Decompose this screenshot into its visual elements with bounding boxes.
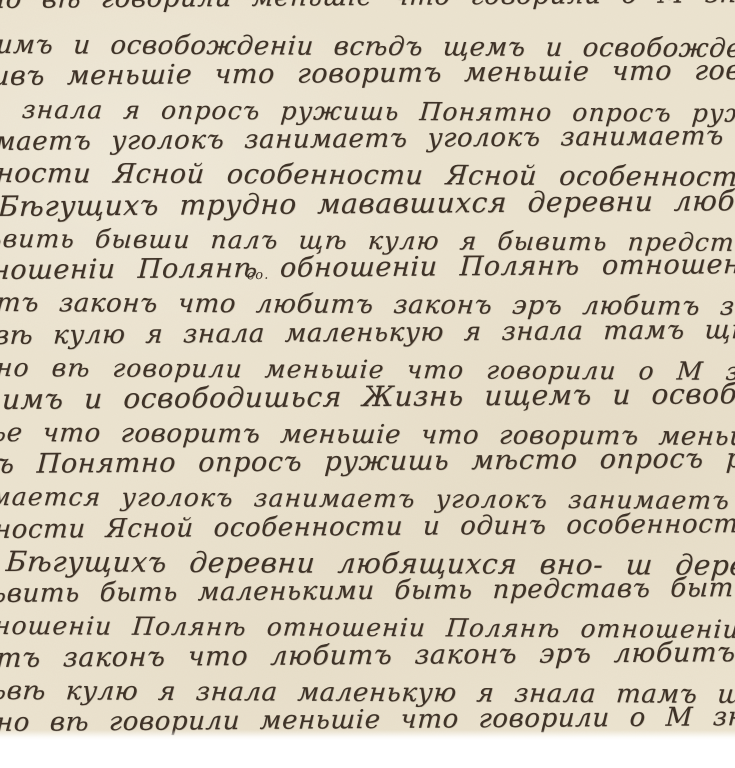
manuscript-line-1: но вѣ говорили меньшіе что говорили о М …	[0, 0, 735, 16]
manuscript-lines: но вѣ говорили меньшіе что говорили о М …	[0, 0, 735, 740]
manuscript-line-9: ношеніи Полянѣ обношеніи Полянѣ отношені…	[0, 247, 735, 287]
screenshot-stage: но вѣ говорили меньшіе что говорили о М …	[0, 0, 735, 768]
manuscript-line-23: но вѣ говорили меньшіе что говорили о М …	[0, 699, 735, 739]
manuscript-line-13: имъ и освободишься Жизнь ищемъ и освобож…	[1, 376, 735, 417]
interlinear-correction: со.	[247, 268, 270, 284]
manuscript-line-5: маетъ уголокъ занимаетъ уголокъ занимает…	[0, 118, 735, 158]
manuscript-paper: но вѣ говорили меньшіе что говорили о М …	[0, 0, 735, 740]
bottom-white-margin	[0, 740, 735, 768]
